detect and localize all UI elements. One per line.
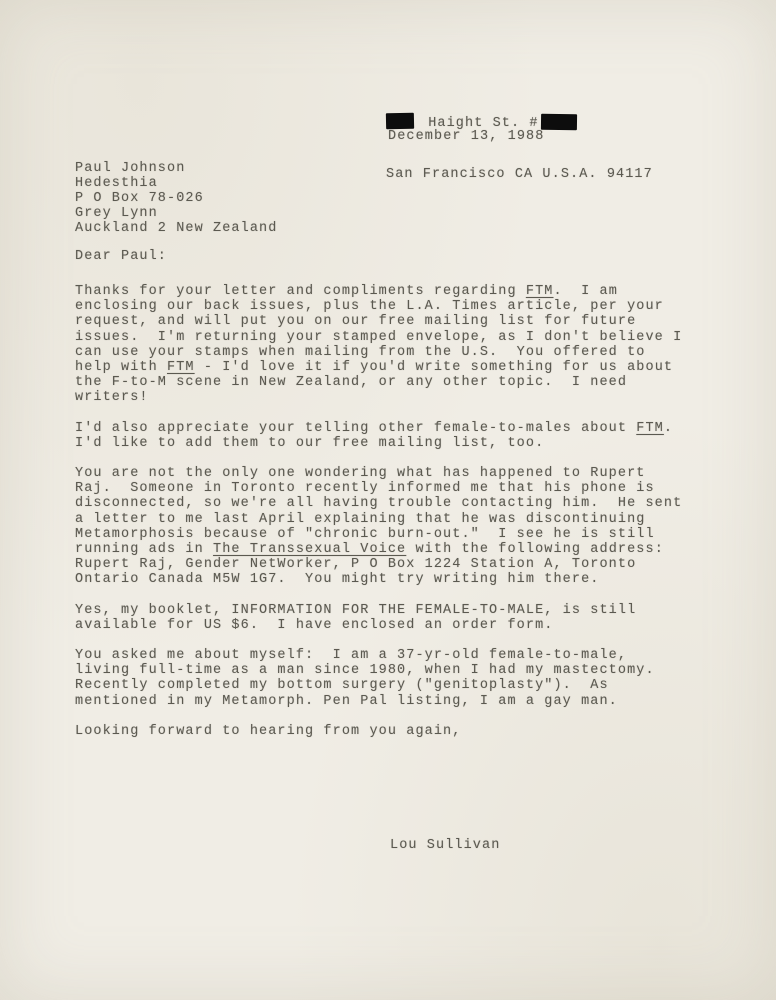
text-segment: issues. I'm returning your stamped envel… (75, 330, 682, 345)
text-segment: enclosing our back issues, plus the L.A.… (75, 299, 664, 314)
text-segment: Ontario Canada M5W 1G7. You might try wr… (75, 572, 599, 587)
text-segment: writers! (75, 390, 149, 405)
letter-line: can use your stamps when mailing from th… (75, 345, 735, 360)
letter-line: You are not the only one wondering what … (75, 466, 735, 481)
letter-paragraph: Yes, my booklet, INFORMATION FOR THE FEM… (75, 603, 735, 633)
text-segment: You are not the only one wondering what … (75, 466, 645, 481)
underlined-text-segment: FTM (526, 284, 554, 299)
letter-line: Thanks for your letter and compliments r… (75, 284, 735, 299)
letter-page: Haight St. # San Francisco CA U.S.A. 941… (0, 0, 776, 1000)
text-segment: request, and will put you on our free ma… (75, 314, 636, 329)
text-segment: available for US $6. I have enclosed an … (75, 618, 553, 633)
letter-body: Thanks for your letter and compliments r… (75, 284, 735, 754)
text-segment: Raj. Someone in Toronto recently informe… (75, 481, 655, 496)
letter-line: I'd also appreciate your telling other f… (75, 421, 735, 436)
text-segment: help with (75, 360, 167, 375)
letter-line: living full-time as a man since 1980, wh… (75, 663, 735, 678)
text-segment: mentioned in my Metamorph. Pen Pal listi… (75, 694, 618, 709)
letter-line: Recently completed my bottom surgery ("g… (75, 678, 735, 693)
letter-line: help with FTM - I'd love it if you'd wri… (75, 360, 735, 375)
letter-paragraph: Thanks for your letter and compliments r… (75, 284, 735, 406)
letter-line: Raj. Someone in Toronto recently informe… (75, 481, 735, 496)
letter-line: request, and will put you on our free ma… (75, 314, 735, 329)
letter-line: Yes, my booklet, INFORMATION FOR THE FEM… (75, 603, 735, 618)
letter-line: issues. I'm returning your stamped envel… (75, 330, 735, 345)
recipient-line: Auckland 2 New Zealand (75, 222, 277, 237)
letter-line: I'd like to add them to our free mailing… (75, 436, 735, 451)
letter-line: Rupert Raj, Gender NetWorker, P O Box 12… (75, 557, 735, 572)
letter-line: You asked me about myself: I am a 37-yr-… (75, 648, 735, 663)
text-segment: I'd like to add them to our free mailing… (75, 436, 544, 451)
letter-paragraph: You asked me about myself: I am a 37-yr-… (75, 648, 735, 709)
letter-line: writers! (75, 390, 735, 405)
text-segment: running ads in (75, 542, 213, 557)
recipient-line: Grey Lynn (75, 207, 277, 222)
redaction-box (541, 114, 577, 131)
text-segment: can use your stamps when mailing from th… (75, 345, 645, 360)
letter-line: disconnected, so we're all having troubl… (75, 496, 735, 511)
recipient-address-block: Paul JohnsonHedesthiaP O Box 78-026Grey … (75, 162, 277, 237)
text-segment: with the following address: (406, 542, 664, 557)
letter-line: enclosing our back issues, plus the L.A.… (75, 299, 735, 314)
text-segment: living full-time as a man since 1980, wh… (75, 663, 655, 678)
letter-line: Ontario Canada M5W 1G7. You might try wr… (75, 572, 735, 587)
text-segment: Recently completed my bottom surgery ("g… (75, 678, 609, 693)
redaction-box (386, 113, 414, 130)
text-segment: You asked me about myself: I am a 37-yr-… (75, 648, 627, 663)
underlined-text-segment: FTM (636, 421, 664, 436)
letter-line: a letter to me last April explaining tha… (75, 512, 735, 527)
letter-paragraph: You are not the only one wondering what … (75, 466, 735, 588)
salutation: Dear Paul: (75, 249, 167, 264)
text-segment: Yes, my booklet, INFORMATION FOR THE FEM… (75, 603, 636, 618)
text-segment: Thanks for your letter and compliments r… (75, 284, 526, 299)
text-segment: . (664, 421, 673, 436)
letter-line: available for US $6. I have enclosed an … (75, 618, 735, 633)
text-segment: Rupert Raj, Gender NetWorker, P O Box 12… (75, 557, 636, 572)
underlined-text-segment: The Transsexual Voice (213, 542, 406, 557)
recipient-line: Paul Johnson (75, 162, 277, 177)
sender-address-block: Haight St. # San Francisco CA U.S.A. 941… (386, 79, 653, 217)
recipient-line: P O Box 78-026 (75, 192, 277, 207)
underlined-text-segment: FTM (167, 360, 195, 375)
letter-line: the F-to-M scene in New Zealand, or any … (75, 375, 735, 390)
text-segment: Looking forward to hearing from you agai… (75, 724, 461, 739)
letter-date: December 13, 1988 (388, 129, 544, 144)
recipient-line: Hedesthia (75, 177, 277, 192)
text-segment: the F-to-M scene in New Zealand, or any … (75, 375, 627, 390)
text-segment: I'd also appreciate your telling other f… (75, 421, 636, 436)
text-segment: - I'd love it if you'd write something f… (195, 360, 673, 375)
signature-name: Lou Sullivan (390, 838, 500, 853)
sender-city-line: San Francisco CA U.S.A. 94117 (386, 166, 653, 183)
letter-paragraph: Looking forward to hearing from you agai… (75, 724, 735, 739)
letter-line: running ads in The Transsexual Voice wit… (75, 542, 735, 557)
text-segment: a letter to me last April explaining tha… (75, 512, 645, 527)
letter-line: mentioned in my Metamorph. Pen Pal listi… (75, 694, 735, 709)
letter-paragraph: I'd also appreciate your telling other f… (75, 421, 735, 451)
text-segment: . I am (553, 284, 617, 299)
letter-line: Looking forward to hearing from you agai… (75, 724, 735, 739)
text-segment: Metamorphosis because of "chronic burn-o… (75, 527, 655, 542)
letter-line: Metamorphosis because of "chronic burn-o… (75, 527, 735, 542)
text-segment: disconnected, so we're all having troubl… (75, 496, 682, 511)
